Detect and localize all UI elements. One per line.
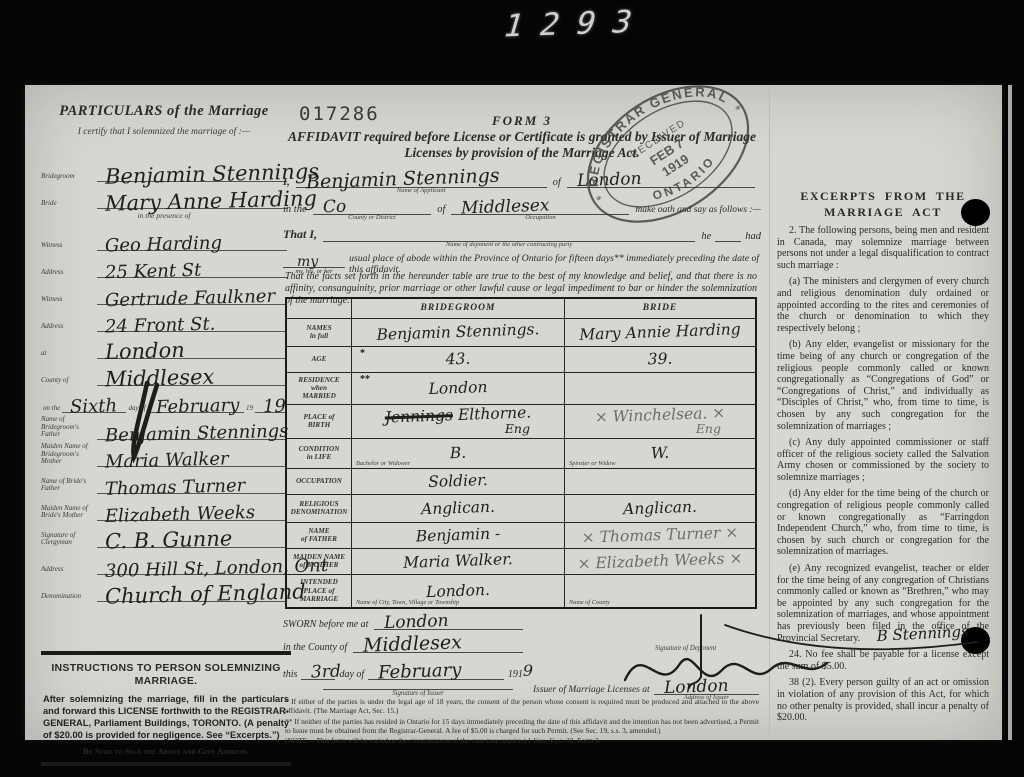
bridegroom-value-handwritten: Soldier. [352, 468, 564, 493]
date-label-on-the: on the [41, 404, 62, 413]
bridegroom-value-handwritten: Benjamin Stennings. [352, 319, 564, 344]
bride-cell: Anglican. [565, 494, 757, 522]
bride-value-handwritten [565, 587, 755, 594]
bride-cell: × Winchelsea. ×Eng [565, 404, 757, 438]
sworn-county-text: in the County of [283, 642, 347, 653]
field-label: Maiden Name of Bride's Mother [41, 505, 97, 521]
act-paragraph: (c) Any duly appointed commissioner or s… [777, 437, 989, 483]
field-blank: Benjamin Stennings [97, 154, 287, 182]
sworn-place-handwritten: London [384, 611, 449, 633]
left-field-row: BrideMary Anne Harding [41, 182, 287, 209]
sworn-line1: SWORN before me at London [283, 615, 523, 630]
act-paragraph: (a) The ministers and clergymen of every… [777, 276, 989, 334]
bride-cell [565, 372, 757, 404]
issuer-of-text: Issuer of Marriage Licenses at [533, 685, 650, 695]
act-paragraph: 38 (2). Every person guilty of an act or… [777, 677, 989, 723]
he-text: he [701, 231, 711, 242]
bridegroom-cell-sublabel: Name of City, Town, Village or Township [356, 599, 459, 606]
left-field-row: atLondon [41, 332, 287, 359]
field-label: Name of Bridegroom's Father [41, 416, 97, 440]
instructions-footer: Be Sure to Sign the Above and Give Addre… [43, 746, 289, 756]
table-row: CONDITION in LIFEB.Bachelor or WidowerW.… [286, 438, 756, 468]
bridegroom-column-header: BRIDEGROOM [352, 298, 565, 318]
affidavit-document: PARTICULARS of the Marriage I certify th… [25, 85, 1002, 740]
film-edge-strip [1008, 85, 1012, 740]
sworn-line2: in the County of Middlesex [283, 638, 523, 653]
field-label: Bride [41, 200, 97, 209]
date-month-blank: February [148, 385, 244, 413]
sworn-year-printed: 191 [508, 669, 523, 680]
table-row: OCCUPATIONSoldier. [286, 468, 756, 494]
table-row: RELIGIOUS DENOMINATIONAnglican.Anglican. [286, 494, 756, 522]
county-label: County or District [313, 214, 432, 221]
footnote-text: ** If neither of the parties has resided… [285, 717, 759, 736]
left-field-row: DenominationChurch of England [41, 575, 287, 602]
field-label: Witness [41, 296, 97, 305]
excerpts-paragraphs: 2. The following persons, being men and … [777, 225, 989, 729]
sworn-dayof-text: day of [339, 669, 364, 680]
issuer-signature-line: Signature of Issuer [323, 689, 513, 697]
line2-pre: in the [283, 204, 307, 215]
bride-value-handwritten: × Thomas Turner × [565, 523, 756, 548]
field-label: Signature of Clergyman [41, 532, 97, 548]
bride-value-handwritten [565, 478, 755, 485]
issuer-line: Issuer of Marriage Licenses at London Ad… [533, 680, 759, 695]
instructions-box: INSTRUCTIONS TO PERSON SOLEMNIZING MARRI… [41, 651, 291, 766]
bridegroom-cell: Benjamin - [352, 522, 565, 548]
table-row: RESIDENCE when MARRIED**London [286, 372, 756, 404]
had-text: had [745, 231, 761, 242]
my-handwritten: my [297, 254, 318, 270]
left-field-row: Maiden Name of Bride's MotherElizabeth W… [41, 494, 287, 521]
left-field-row: Name of Bride's FatherThomas Turner [41, 467, 287, 494]
left-field-row: Signature of ClergymanC. B. Gunne [41, 521, 287, 548]
field-label: Witness [41, 242, 97, 251]
sworn-before-text: SWORN before me at [283, 619, 368, 630]
bridegroom-cell: *43. [352, 346, 565, 372]
sworn-month-handwritten: February [378, 660, 462, 684]
left-field-row: WitnessGeo Harding [41, 224, 287, 251]
row-label: CONDITION in LIFE [286, 438, 352, 468]
bride-cell [565, 468, 757, 494]
bride-value-handwritten: 39. [565, 347, 756, 372]
field-label: Name of Bride's Father [41, 478, 97, 494]
issuer-place-blank: London Address of Issuer [654, 680, 759, 695]
left-field-row: BridegroomBenjamin Stennings [41, 155, 287, 182]
field-blank: Geo Harding [97, 223, 287, 251]
bride-cell: Name of County [565, 574, 757, 608]
marriage-date-row: on theSixthday ofFebruary1919 [41, 386, 287, 413]
sworn-year-handwritten: 9 [523, 661, 533, 680]
field-blank: Middlesex [97, 358, 287, 386]
hole-punch-top [961, 199, 990, 226]
bride-cell-sublabel: Name of County [569, 599, 610, 606]
bridegroom-cell: B.Bachelor or Widower [352, 438, 565, 468]
sworn-county-handwritten: Middlesex [363, 631, 463, 656]
bride-value-handwritten [565, 385, 755, 392]
deponent-line: That I, Name of deponent or the other co… [283, 227, 761, 242]
applicant-name-label: Name of Applicant [296, 187, 547, 194]
row-label: RELIGIOUS DENOMINATION [286, 494, 352, 522]
excerpts-heading: EXCERPTS FROM THE MARRIAGE ACT [777, 189, 989, 220]
particulars-panel: PARTICULARS of the Marriage I certify th… [41, 103, 287, 733]
table-row: INTENDED PLACE of MARRIAGELondon.Name of… [286, 574, 756, 608]
bridegroom-cell: **London [352, 372, 565, 404]
sworn-day-blank: 3rd [301, 665, 335, 680]
field-blank: 24 Front St. [97, 304, 287, 332]
sworn-county-blank: Middlesex [353, 638, 523, 653]
microfilm-frame: 1293 PARTICULARS of the Marriage I certi… [0, 0, 1024, 777]
act-paragraph: 24. No fee shall be payable for a licens… [777, 649, 989, 672]
bride-value-handwritten: Anglican. [565, 496, 756, 521]
field-blank: 300 Hill St, London, Ont [97, 547, 287, 575]
left-field-row: Maiden Name of Bridegroom's MotherMaria … [41, 440, 287, 467]
field-label: Maiden Name of Bridegroom's Mother [41, 443, 97, 467]
field-blank: Elizabeth Weeks [97, 493, 287, 521]
bridegroom-value-handwritten: Benjamin - [352, 522, 564, 547]
field-blank: London [97, 331, 287, 359]
table-row: AGE*43.39. [286, 346, 756, 372]
footnote-text: (NOTE.—This form will be varied as the c… [285, 736, 759, 745]
line1-of: of [553, 177, 561, 188]
bridegroom-cell: London.Name of City, Town, Village or To… [352, 574, 565, 608]
field-blank: Gertrude Faulkner [97, 277, 287, 305]
particulars-fields: BridegroomBenjamin StenningsBrideMary An… [41, 155, 287, 602]
left-field-row: Address300 Hill St, London, Ont [41, 548, 287, 575]
row-label: MAIDEN NAME of MOTHER [286, 548, 352, 574]
field-blank: Thomas Turner [97, 466, 287, 494]
date-day-blank: Sixth [62, 385, 126, 413]
field-blank: Mary Anne Harding [97, 181, 287, 209]
left-field-row: Address25 Kent St [41, 251, 287, 278]
bride-value-handwritten: × Elizabeth Weeks × [565, 549, 756, 574]
county-blank: Co County or District [313, 200, 432, 215]
sworn-this-text: this [283, 669, 297, 680]
act-paragraph: (b) Any elder, evangelist or missionary … [777, 339, 989, 432]
field-blank: Maria Walker [97, 439, 287, 467]
row-label: AGE [286, 346, 352, 372]
deponent-signature-label: Signature of Deponent [655, 645, 716, 652]
field-blank: C. B. Gunne [97, 520, 287, 548]
bridegroom-cell: Benjamin Stennings. [352, 318, 565, 346]
field-label: Address [41, 566, 97, 575]
bride-cell: × Thomas Turner × [565, 522, 757, 548]
field-blank: Benjamin Stennings [97, 412, 287, 440]
field-label: Address [41, 269, 97, 278]
bridegroom-cell: JenningsElthorne.Eng [352, 404, 565, 438]
bridegroom-cell: Maria Walker. [352, 548, 565, 574]
particulars-title: PARTICULARS of the Marriage [41, 103, 287, 120]
table-row: PLACE of BIRTHJenningsElthorne.Eng× Winc… [286, 404, 756, 438]
row-label: NAMES in full [286, 318, 352, 346]
row-label: OCCUPATION [286, 468, 352, 494]
issuer-signature-label: Signature of Issuer [323, 690, 513, 697]
bridegroom-bride-table: BRIDEGROOM BRIDE NAMES in fullBenjamin S… [285, 297, 757, 609]
instructions-heading: INSTRUCTIONS TO PERSON SOLEMNIZING MARRI… [43, 662, 289, 688]
that-i-text: That I, [283, 227, 317, 242]
line1-pre: I, [283, 177, 290, 188]
field-value-handwritten: Church of England [105, 579, 306, 608]
act-paragraph: (e) Any recognized evangelist, teacher o… [777, 563, 989, 644]
deponent-name-label: Name of deponent or the other contractin… [323, 241, 695, 248]
excerpts-panel: EXCERPTS FROM THE MARRIAGE ACT 2. The fo… [777, 85, 989, 740]
particulars-subtitle: I certify that I solemnized the marriage… [41, 127, 287, 137]
table-row: MAIDEN NAME of MOTHERMaria Walker.× Eliz… [286, 548, 756, 574]
act-paragraph: 2. The following persons, being men and … [777, 225, 989, 271]
row-label: INTENDED PLACE of MARRIAGE [286, 574, 352, 608]
bride-cell: 39. [565, 346, 757, 372]
left-field-row: Address24 Front St. [41, 305, 287, 332]
row-label: PLACE of BIRTH [286, 404, 352, 438]
field-blank: Church of England [97, 574, 287, 602]
table-row: NAME of FATHERBenjamin -× Thomas Turner … [286, 522, 756, 548]
table-row: NAMES in fullBenjamin Stennings.Mary Ann… [286, 318, 756, 346]
bride-value-handwritten: Mary Annie Harding [565, 320, 756, 345]
act-paragraph: (d) Any elder for the time being of the … [777, 488, 989, 558]
bridegroom-cell: Soldier. [352, 468, 565, 494]
panel-divider [769, 87, 770, 737]
instructions-body: After solemnizing the marriage, fill in … [43, 693, 289, 741]
field-label: at [41, 350, 97, 359]
bride-column-header: BRIDE [565, 298, 757, 318]
bridegroom-value-handwritten: Anglican. [352, 495, 564, 520]
film-frame-counter: 1293 [499, 4, 654, 45]
field-label: Denomination [41, 593, 97, 602]
stamp-arc-top-text: REGISTRAR GENERAL [563, 57, 736, 194]
bride-cell-sublabel: Spinster or Widow [569, 460, 616, 467]
sworn-line3: this 3rd day of February 191 9 [283, 661, 533, 680]
svg-text:REGISTRAR GENERAL: REGISTRAR GENERAL [563, 57, 736, 194]
bridegroom-cell: Anglican. [352, 494, 565, 522]
bridegroom-cell-sublabel: Bachelor or Widower [356, 460, 410, 467]
struck-word: Jennings [384, 406, 453, 426]
field-label: Address [41, 323, 97, 332]
bride-cell: W.Spinster or Widow [565, 438, 757, 468]
field-label: Bridegroom [41, 173, 97, 182]
footnote-text: * If either of the parties is under the … [285, 697, 759, 716]
bridegroom-value-handwritten: Maria Walker. [352, 548, 564, 573]
table-corner-cell [286, 298, 352, 318]
bride-cell: × Elizabeth Weeks × [565, 548, 757, 574]
pronoun-blank [715, 227, 741, 242]
deponent-name-blank: Name of deponent or the other contractin… [323, 227, 695, 242]
row-label: NAME of FATHER [286, 522, 352, 548]
field-blank: 25 Kent St [97, 250, 287, 278]
bridegroom-value-handwritten: 43. [352, 346, 564, 371]
sworn-day-handwritten: 3rd [311, 661, 342, 682]
sworn-place-blank: London [374, 615, 523, 630]
footnotes: * If either of the parties is under the … [285, 697, 759, 746]
registrar-general-stamp: REGISTRAR GENERAL ONTARIO RECEIVED FEB 7… [573, 79, 763, 229]
hole-punch-bottom [961, 627, 990, 654]
row-label: RESIDENCE when MARRIED [286, 372, 352, 404]
applicant-name-blank: Benjamin Stennings Name of Applicant [296, 173, 547, 188]
left-field-row: County ofMiddlesex [41, 359, 287, 386]
left-field-row: WitnessGertrude Faulkner [41, 278, 287, 305]
line2-of: of [437, 204, 445, 215]
bridegroom-value-handwritten: London [352, 375, 564, 400]
bride-cell: Mary Annie Harding [565, 318, 757, 346]
sworn-month-blank: February [368, 665, 504, 680]
